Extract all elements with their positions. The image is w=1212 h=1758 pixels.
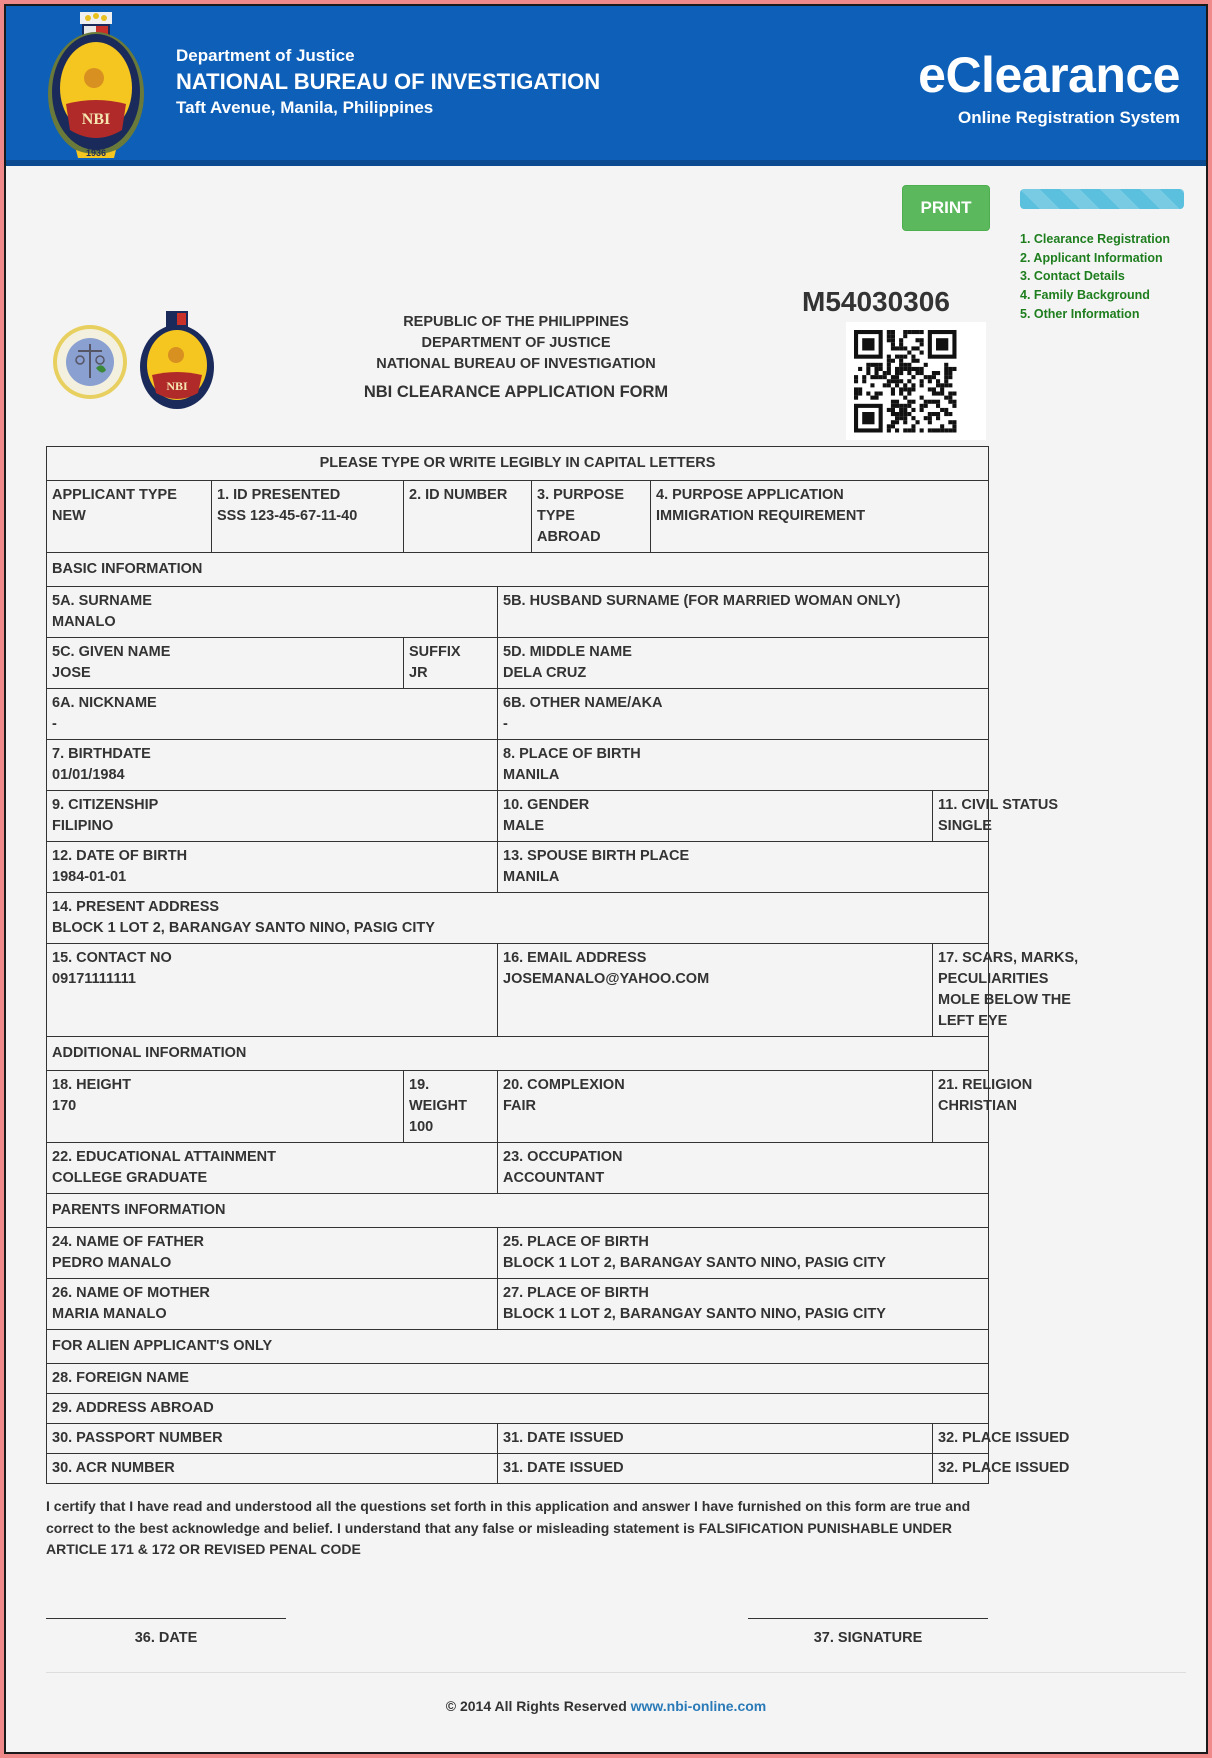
foreign-name-cell: 28. FOREIGN NAME: [47, 1364, 989, 1394]
table-row: 24. NAME OF FATHERPEDRO MANALO 25. PLACE…: [47, 1228, 989, 1279]
surname-value: MANALO: [52, 612, 492, 633]
registration-progress-bar: [1020, 189, 1184, 209]
section-row: PARENTS INFORMATION: [47, 1194, 989, 1228]
nbi-seal-small-icon: NBI: [138, 311, 216, 411]
date-signature-line: [46, 1618, 286, 1619]
birthdate-value: 01/01/1984: [52, 765, 492, 786]
mother-birthplace-value: BLOCK 1 LOT 2, BARANGAY SANTO NINO, PASI…: [503, 1304, 983, 1325]
husband-surname-cell: 5B. HUSBAND SURNAME (FOR MARRIED WOMAN O…: [498, 587, 989, 638]
page-frame: NBI 1936 Department of Justice NATIONAL …: [4, 4, 1208, 1754]
section-additional-information: ADDITIONAL INFORMATION: [47, 1037, 989, 1071]
email-cell: 16. EMAIL ADDRESSJOSEMANALO@YAHOO.COM: [498, 944, 933, 1037]
civil-status-cell: 11. CIVIL STATUSSINGLE: [933, 791, 989, 842]
suffix-cell: SUFFIXJR: [404, 638, 498, 689]
section-row: ADDITIONAL INFORMATION: [47, 1037, 989, 1071]
section-parents-information: PARENTS INFORMATION: [47, 1194, 989, 1228]
svg-text:NBI: NBI: [166, 379, 188, 393]
date-of-birth-value: 1984-01-01: [52, 867, 492, 888]
step-applicant-information[interactable]: 2. Applicant Information: [1020, 249, 1170, 268]
nickname-value: -: [52, 714, 492, 735]
step-contact-details[interactable]: 3. Contact Details: [1020, 267, 1170, 286]
table-row: 15. CONTACT NO09171111111 16. EMAIL ADDR…: [47, 944, 989, 1037]
section-row: FOR ALIEN APPLICANT'S ONLY: [47, 1330, 989, 1364]
passport-place-issued-cell: 32. PLACE ISSUED: [933, 1424, 989, 1454]
table-row: 6A. NICKNAME- 6B. OTHER NAME/AKA-: [47, 689, 989, 740]
nickname-cell: 6A. NICKNAME-: [47, 689, 498, 740]
instruction-text: PLEASE TYPE OR WRITE LEGIBLY IN CAPITAL …: [47, 447, 989, 481]
brand-title: eClearance: [918, 50, 1180, 100]
father-birthplace-value: BLOCK 1 LOT 2, BARANGAY SANTO NINO, PASI…: [503, 1253, 983, 1274]
middle-name-value: DELA CRUZ: [503, 663, 983, 684]
step-clearance-registration[interactable]: 1. Clearance Registration: [1020, 230, 1170, 249]
birthdate-cell: 7. BIRTHDATE01/01/1984: [47, 740, 498, 791]
instruction-row: PLEASE TYPE OR WRITE LEGIBLY IN CAPITAL …: [47, 447, 989, 481]
bureau-address: Taft Avenue, Manila, Philippines: [176, 98, 600, 118]
id-number-value: [409, 506, 526, 527]
address-abroad-cell: 29. ADDRESS ABROAD: [47, 1394, 989, 1424]
applicant-type-cell: APPLICANT TYPENEW: [47, 481, 212, 553]
occupation-cell: 23. OCCUPATIONACCOUNTANT: [498, 1143, 989, 1194]
gender-cell: 10. GENDERMALE: [498, 791, 933, 842]
nbi-seal-icon: NBI 1936: [46, 12, 146, 160]
place-of-birth-value: MANILA: [503, 765, 983, 786]
signature-line: [748, 1618, 988, 1619]
table-row: 7. BIRTHDATE01/01/1984 8. PLACE OF BIRTH…: [47, 740, 989, 791]
copyright-text: © 2014 All Rights Reserved: [446, 1698, 627, 1714]
table-row: 14. PRESENT ADDRESSBLOCK 1 LOT 2, BARANG…: [47, 893, 989, 944]
contact-no-value: 09171111111: [52, 969, 492, 990]
table-row: 30. PASSPORT NUMBER 31. DATE ISSUED 32. …: [47, 1424, 989, 1454]
given-name-value: JOSE: [52, 663, 398, 684]
given-name-cell: 5C. GIVEN NAMEJOSE: [47, 638, 404, 689]
qr-code-icon: [846, 322, 986, 440]
husband-surname-value: [503, 612, 983, 633]
acr-number-cell: 30. ACR NUMBER: [47, 1454, 498, 1484]
contact-no-cell: 15. CONTACT NO09171111111: [47, 944, 498, 1037]
citizenship-cell: 9. CITIZENSHIPFILIPINO: [47, 791, 498, 842]
control-number: M54030306: [802, 286, 950, 318]
middle-name-cell: 5D. MIDDLE NAMEDELA CRUZ: [498, 638, 989, 689]
passport-date-issued-cell: 31. DATE ISSUED: [498, 1424, 933, 1454]
id-number-cell: 2. ID NUMBER: [404, 481, 532, 553]
table-row: 22. EDUCATIONAL ATTAINMENTCOLLEGE GRADUA…: [47, 1143, 989, 1194]
footer: © 2014 All Rights Reserved www.nbi-onlin…: [6, 1698, 1206, 1714]
passport-number-cell: 30. PASSPORT NUMBER: [47, 1424, 498, 1454]
applicant-type-value: NEW: [52, 506, 206, 527]
table-row: 28. FOREIGN NAME: [47, 1364, 989, 1394]
occupation-value: ACCOUNTANT: [503, 1168, 983, 1189]
present-address-value: BLOCK 1 LOT 2, BARANGAY SANTO NINO, PASI…: [52, 918, 983, 939]
email-value: JOSEMANALO@YAHOO.COM: [503, 969, 927, 990]
table-row: APPLICANT TYPENEW 1. ID PRESENTEDSSS 123…: [47, 481, 989, 553]
id-presented-value: SSS 123-45-67-11-40: [217, 506, 398, 527]
heading-republic: REPUBLIC OF THE PHILIPPINES: [306, 312, 726, 333]
site-header: NBI 1936 Department of Justice NATIONAL …: [6, 6, 1206, 166]
spouse-birth-place-cell: 13. SPOUSE BIRTH PLACEMANILA: [498, 842, 989, 893]
purpose-type-cell: 3. PURPOSE TYPEABROAD: [532, 481, 651, 553]
certification-statement: I certify that I have read and understoo…: [46, 1496, 988, 1561]
acr-place-issued-cell: 32. PLACE ISSUED: [933, 1454, 989, 1484]
date-of-birth-cell: 12. DATE OF BIRTH1984-01-01: [47, 842, 498, 893]
height-value: 170: [52, 1096, 398, 1117]
other-name-cell: 6B. OTHER NAME/AKA-: [498, 689, 989, 740]
table-row: 9. CITIZENSHIPFILIPINO 10. GENDERMALE 11…: [47, 791, 989, 842]
table-row: 30. ACR NUMBER 31. DATE ISSUED 32. PLACE…: [47, 1454, 989, 1484]
registration-steps: 1. Clearance Registration 2. Applicant I…: [1020, 230, 1170, 324]
brand-subtitle: Online Registration System: [918, 108, 1180, 128]
education-value: COLLEGE GRADUATE: [52, 1168, 492, 1189]
height-cell: 18. HEIGHT170: [47, 1071, 404, 1143]
father-birthplace-cell: 25. PLACE OF BIRTHBLOCK 1 LOT 2, BARANGA…: [498, 1228, 989, 1279]
form-title: NBI CLEARANCE APPLICATION FORM: [306, 383, 726, 402]
department-name: Department of Justice: [176, 46, 600, 66]
bureau-name: NATIONAL BUREAU OF INVESTIGATION: [176, 69, 600, 95]
mother-name-cell: 26. NAME OF MOTHERMARIA MANALO: [47, 1279, 498, 1330]
table-row: 5A. SURNAMEMANALO 5B. HUSBAND SURNAME (F…: [47, 587, 989, 638]
scars-value: MOLE BELOW THE LEFT EYE: [938, 990, 1108, 1032]
table-row: 18. HEIGHT170 19. WEIGHT100 20. COMPLEXI…: [47, 1071, 989, 1143]
id-presented-cell: 1. ID PRESENTEDSSS 123-45-67-11-40: [212, 481, 404, 553]
print-button[interactable]: PRINT: [902, 185, 990, 231]
citizenship-value: FILIPINO: [52, 816, 492, 837]
purpose-type-value: ABROAD: [537, 527, 645, 548]
section-alien-applicants: FOR ALIEN APPLICANT'S ONLY: [47, 1330, 989, 1364]
heading-department: DEPARTMENT OF JUSTICE: [306, 333, 726, 354]
education-cell: 22. EDUCATIONAL ATTAINMENTCOLLEGE GRADUA…: [47, 1143, 498, 1194]
section-basic-information: BASIC INFORMATION: [47, 553, 989, 587]
step-family-background[interactable]: 4. Family Background: [1020, 286, 1170, 305]
gender-value: MALE: [503, 816, 927, 837]
place-of-birth-cell: 8. PLACE OF BIRTHMANILA: [498, 740, 989, 791]
form-heading: REPUBLIC OF THE PHILIPPINES DEPARTMENT O…: [306, 312, 726, 402]
surname-cell: 5A. SURNAMEMANALO: [47, 587, 498, 638]
suffix-value: JR: [409, 663, 492, 684]
present-address-cell: 14. PRESENT ADDRESSBLOCK 1 LOT 2, BARANG…: [47, 893, 989, 944]
progress-fill: [1020, 189, 1184, 209]
religion-value: CHRISTIAN: [938, 1096, 1108, 1117]
brand-block: eClearance Online Registration System: [918, 50, 1180, 128]
table-row: 5C. GIVEN NAMEJOSE SUFFIXJR 5D. MIDDLE N…: [47, 638, 989, 689]
father-name-cell: 24. NAME OF FATHERPEDRO MANALO: [47, 1228, 498, 1279]
doj-seal-icon: [52, 324, 128, 400]
spouse-birth-place-value: MANILA: [503, 867, 983, 888]
organization-block: Department of Justice NATIONAL BUREAU OF…: [176, 46, 600, 118]
heading-bureau: NATIONAL BUREAU OF INVESTIGATION: [306, 354, 726, 375]
scars-cell: 17. SCARS, MARKS, PECULIARITIESMOLE BELO…: [933, 944, 989, 1037]
purpose-application-value: IMMIGRATION REQUIREMENT: [656, 506, 983, 527]
mother-birthplace-cell: 27. PLACE OF BIRTHBLOCK 1 LOT 2, BARANGA…: [498, 1279, 989, 1330]
date-label: 36. DATE: [46, 1630, 286, 1646]
signature-label: 37. SIGNATURE: [748, 1630, 988, 1646]
table-row: 12. DATE OF BIRTH1984-01-01 13. SPOUSE B…: [47, 842, 989, 893]
complexion-value: FAIR: [503, 1096, 927, 1117]
svg-text:1936: 1936: [86, 148, 106, 158]
footer-divider: [46, 1672, 1186, 1673]
purpose-application-cell: 4. PURPOSE APPLICATIONIMMIGRATION REQUIR…: [651, 481, 989, 553]
weight-value: 100: [409, 1117, 492, 1138]
section-row: BASIC INFORMATION: [47, 553, 989, 587]
other-name-value: -: [503, 714, 983, 735]
father-name-value: PEDRO MANALO: [52, 1253, 492, 1274]
table-row: 26. NAME OF MOTHERMARIA MANALO 27. PLACE…: [47, 1279, 989, 1330]
step-other-information[interactable]: 5. Other Information: [1020, 305, 1170, 324]
svg-text:NBI: NBI: [82, 111, 110, 128]
weight-cell: 19. WEIGHT100: [404, 1071, 498, 1143]
complexion-cell: 20. COMPLEXIONFAIR: [498, 1071, 933, 1143]
table-row: 29. ADDRESS ABROAD: [47, 1394, 989, 1424]
site-link[interactable]: www.nbi-online.com: [631, 1698, 767, 1714]
mother-name-value: MARIA MANALO: [52, 1304, 492, 1325]
religion-cell: 21. RELIGIONCHRISTIAN: [933, 1071, 989, 1143]
acr-date-issued-cell: 31. DATE ISSUED: [498, 1454, 933, 1484]
application-form-table: PLEASE TYPE OR WRITE LEGIBLY IN CAPITAL …: [46, 446, 989, 1484]
civil-status-value: SINGLE: [938, 816, 983, 837]
